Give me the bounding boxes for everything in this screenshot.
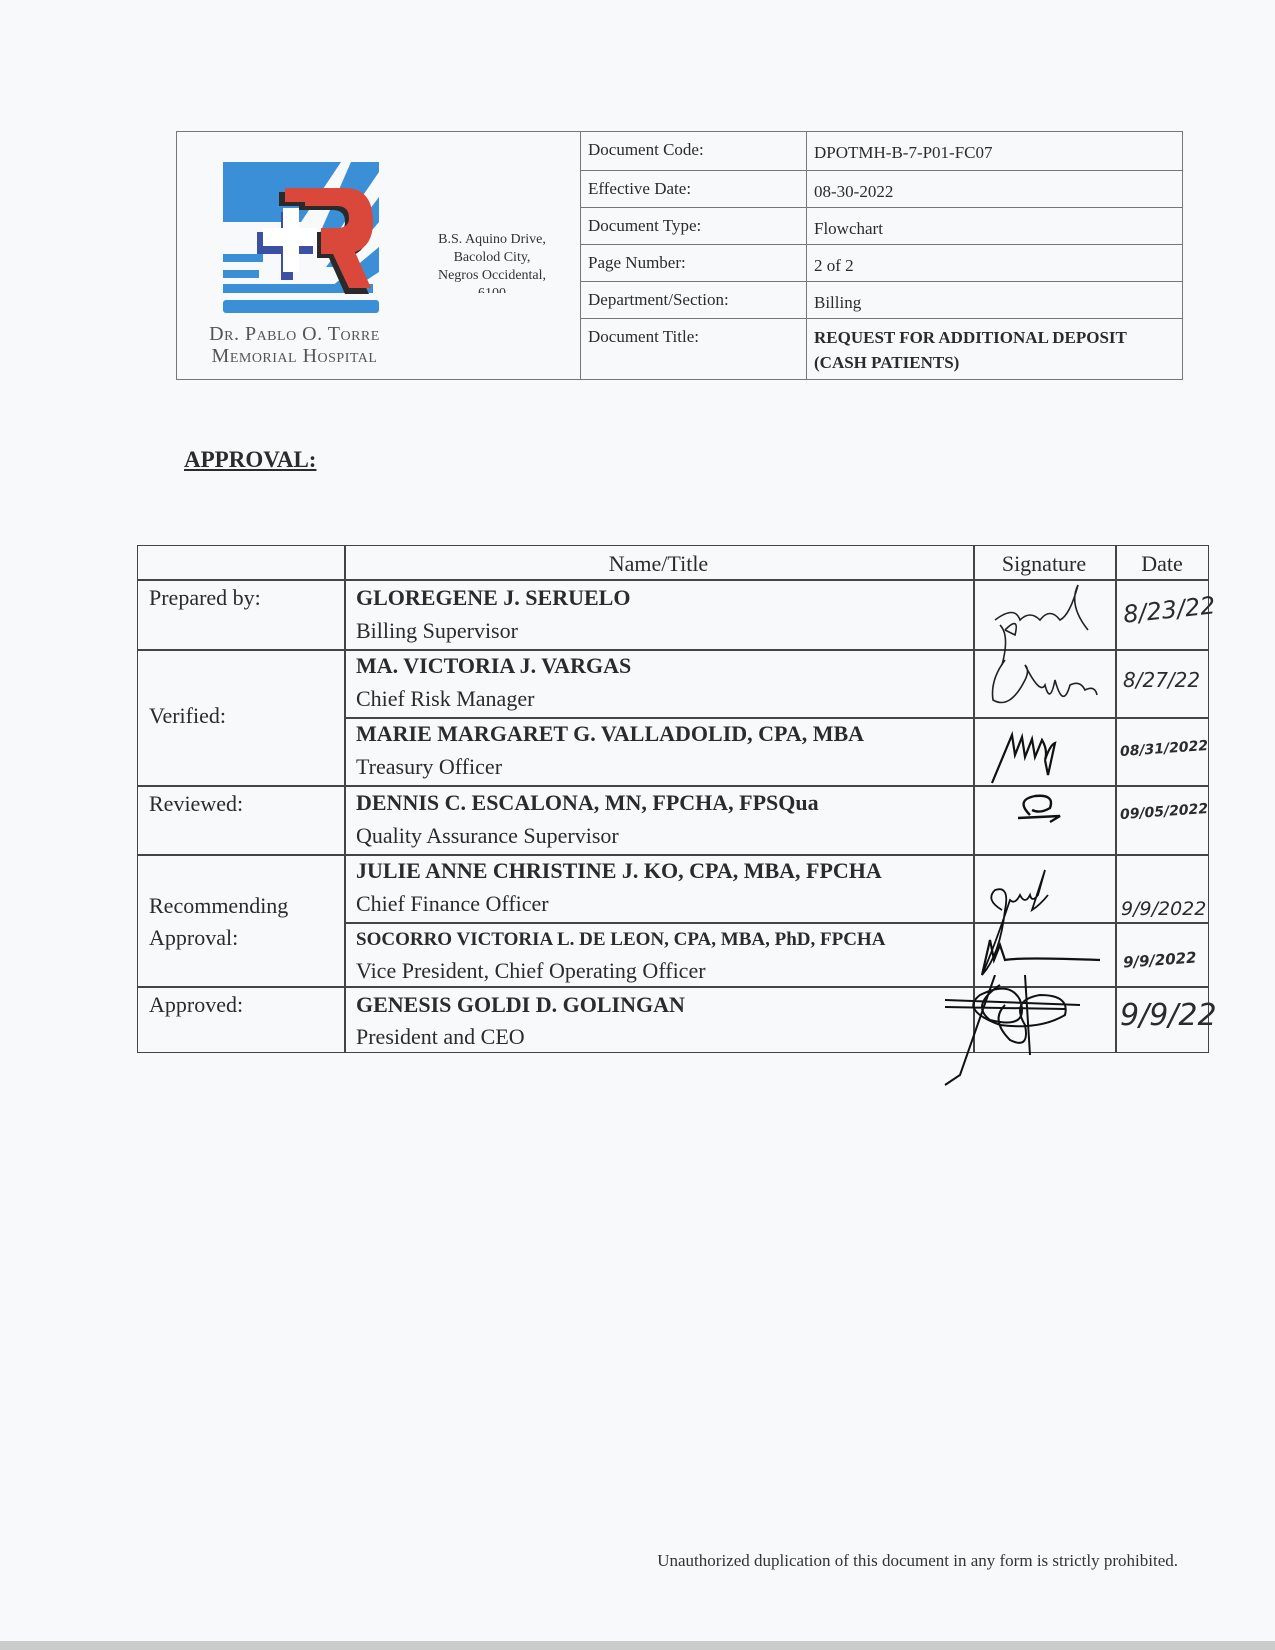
column-header-date: Date xyxy=(1115,551,1209,577)
signatory-name: MARIE MARGARET G. VALLADOLID, CPA, MBA xyxy=(356,721,864,747)
meta-row-department: Department/Section: Billing xyxy=(580,282,1182,319)
meta-label: Document Type: xyxy=(588,216,701,236)
logo-cell: Dr. Pablo O. Torre Memorial Hospital B.S… xyxy=(177,132,581,379)
page-number-value: 2 of 2 xyxy=(814,253,1176,278)
document-header-table: Dr. Pablo O. Torre Memorial Hospital B.S… xyxy=(176,131,1183,380)
document-title-line1: REQUEST FOR ADDITIONAL DEPOSIT xyxy=(814,325,1176,350)
signatory-title: Treasury Officer xyxy=(356,754,502,780)
meta-label: Page Number: xyxy=(588,253,686,273)
hospital-name-line2: Memorial Hospital xyxy=(177,345,412,367)
column-header-signature: Signature xyxy=(973,551,1115,577)
signature-golingan-icon xyxy=(940,975,1120,1090)
duplication-notice: Unauthorized duplication of this documen… xyxy=(657,1551,1178,1571)
signatory-title: Quality Assurance Supervisor xyxy=(356,823,619,849)
column-header-name-title: Name/Title xyxy=(344,551,973,577)
meta-row-page-number: Page Number: 2 of 2 xyxy=(580,245,1182,282)
signatory-title: Chief Risk Manager xyxy=(356,686,534,712)
address-line: B.S. Aquino Drive, xyxy=(412,231,572,249)
document-title-line2: (CASH PATIENTS) xyxy=(814,350,1176,375)
signatory-date: 8/23/22 xyxy=(1122,591,1217,629)
signatory-date: 08/31/2022 xyxy=(1120,738,1209,760)
signatory-date: 9/9/22 xyxy=(1120,998,1217,1033)
address-line: Negros Occidental, xyxy=(412,267,572,285)
role-prepared-by: Prepared by: xyxy=(149,585,261,611)
signatory-date: 8/27/22 xyxy=(1123,668,1200,692)
signatory-title: President and CEO xyxy=(356,1024,525,1050)
role-approved: Approved: xyxy=(149,992,243,1018)
signatory-name: DENNIS C. ESCALONA, MN, FPCHA, FPSQua xyxy=(356,790,819,816)
hospital-address: B.S. Aquino Drive, Bacolod City, Negros … xyxy=(412,231,572,293)
signatory-name: GLOREGENE J. SERUELO xyxy=(356,585,630,611)
signatory-date: 9/9/2022 xyxy=(1122,948,1197,971)
signatory-title: Chief Finance Officer xyxy=(356,891,549,917)
signatory-name: MA. VICTORIA J. VARGAS xyxy=(356,653,631,679)
signature-escalona-icon xyxy=(1010,790,1080,830)
page-edge xyxy=(0,1641,1275,1650)
document-title-value: REQUEST FOR ADDITIONAL DEPOSIT (CASH PAT… xyxy=(814,325,1176,375)
signatory-date: 9/9/2022 xyxy=(1121,898,1206,920)
signatory-name: JULIE ANNE CHRISTINE J. KO, CPA, MBA, FP… xyxy=(356,858,882,884)
signatory-title: Vice President, Chief Operating Officer xyxy=(356,958,706,984)
document-code-value: DPOTMH-B-7-P01-FC07 xyxy=(814,140,1176,165)
document-meta: Document Code: DPOTMH-B-7-P01-FC07 Effec… xyxy=(580,132,1182,379)
signatory-title: Billing Supervisor xyxy=(356,618,518,644)
address-line: Bacolod City, xyxy=(412,249,572,267)
signatory-name: GENESIS GOLDI D. GOLINGAN xyxy=(356,992,685,1018)
signatory-date: 09/05/2022 xyxy=(1120,801,1209,823)
signature-valladolid-icon xyxy=(990,715,1090,785)
meta-label: Department/Section: xyxy=(588,290,729,310)
hospital-name-line1: Dr. Pablo O. Torre xyxy=(177,323,412,345)
meta-label: Effective Date: xyxy=(588,179,691,199)
meta-label: Document Code: xyxy=(588,140,704,160)
hospital-logo-icon xyxy=(221,162,379,315)
department-value: Billing xyxy=(814,290,1176,315)
meta-label: Document Title: xyxy=(588,327,699,347)
meta-row-document-title: Document Title: REQUEST FOR ADDITIONAL D… xyxy=(580,319,1182,379)
signature-ko-de-leon-icon xyxy=(960,865,1110,985)
role-reviewed: Reviewed: xyxy=(149,791,243,817)
meta-row-effective-date: Effective Date: 08-30-2022 xyxy=(580,171,1182,208)
signatory-name: SOCORRO VICTORIA L. DE LEON, CPA, MBA, P… xyxy=(356,929,885,951)
signature-vargas-icon xyxy=(985,650,1115,720)
address-line: 6100 xyxy=(412,285,572,293)
role-verified: Verified: xyxy=(149,703,226,729)
role-recommending-line1: Recommending xyxy=(149,893,288,919)
meta-row-document-code: Document Code: DPOTMH-B-7-P01-FC07 xyxy=(580,132,1182,171)
approval-heading: APPROVAL: xyxy=(184,447,316,473)
effective-date-value: 08-30-2022 xyxy=(814,179,1176,204)
meta-row-document-type: Document Type: Flowchart xyxy=(580,208,1182,245)
role-recommending-line2: Approval: xyxy=(149,925,238,951)
document-type-value: Flowchart xyxy=(814,216,1176,241)
